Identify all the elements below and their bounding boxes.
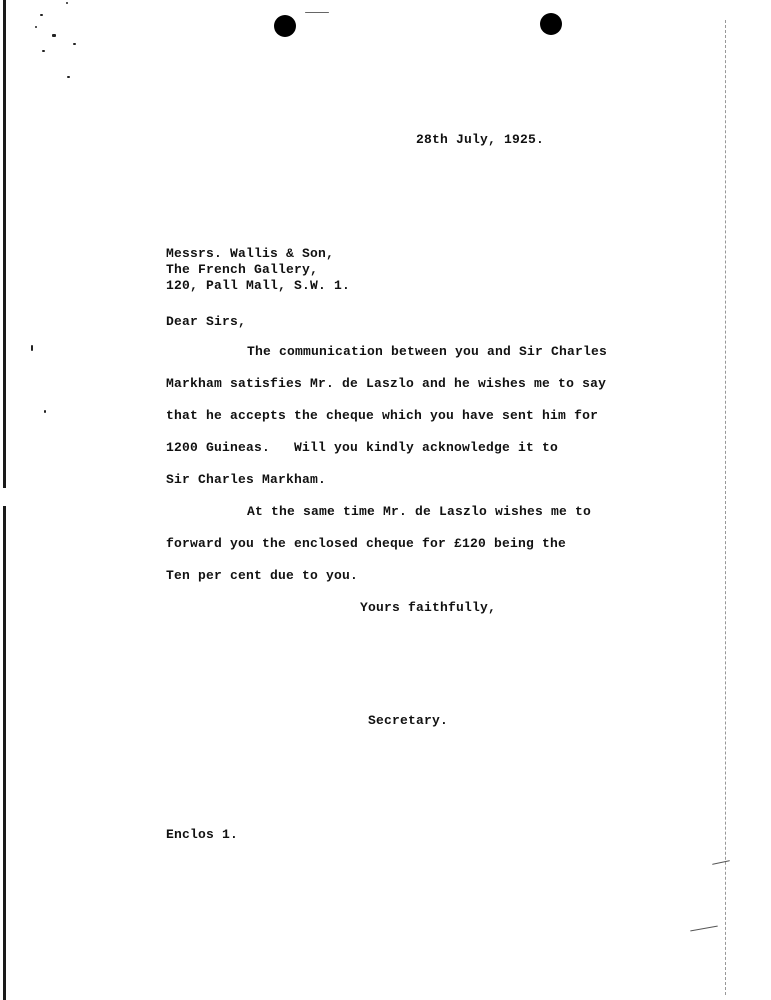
punch-hole-icon <box>274 15 296 37</box>
body-line: At the same time Mr. de Laszlo wishes me… <box>247 505 591 518</box>
body-line: Ten per cent due to you. <box>166 569 358 582</box>
letter-date: 28th July, 1925. <box>416 133 544 146</box>
speck <box>66 2 68 4</box>
enclosure-note: Enclos 1. <box>166 828 238 841</box>
body-line: The communication between you and Sir Ch… <box>247 345 607 358</box>
recipient-name: Messrs. Wallis & Son, <box>166 247 334 260</box>
closing: Yours faithfully, <box>360 601 496 614</box>
body-line: 1200 Guineas. Will you kindly acknowledg… <box>166 441 558 454</box>
speck <box>44 410 46 413</box>
speck <box>712 860 730 865</box>
punch-hole-icon <box>540 13 562 35</box>
letter-page: 28th July, 1925. Messrs. Wallis & Son, T… <box>0 0 771 1000</box>
signature: Secretary. <box>368 714 448 727</box>
body-line: Sir Charles Markham. <box>166 473 326 486</box>
speck <box>42 50 45 52</box>
perforation-line <box>725 20 726 995</box>
speck <box>31 345 33 351</box>
salutation: Dear Sirs, <box>166 315 246 328</box>
recipient-address: 120, Pall Mall, S.W. 1. <box>166 279 350 292</box>
speck <box>40 14 43 16</box>
speck <box>305 12 329 13</box>
speck <box>67 76 70 78</box>
body-line: forward you the enclosed cheque for £120… <box>166 537 566 550</box>
speck <box>35 26 37 28</box>
speck <box>73 43 76 45</box>
body-line: that he accepts the cheque which you hav… <box>166 409 598 422</box>
scan-edge-gap <box>2 488 7 506</box>
speck <box>690 926 718 932</box>
recipient-gallery: The French Gallery, <box>166 263 318 276</box>
speck <box>52 34 56 37</box>
body-line: Markham satisfies Mr. de Laszlo and he w… <box>166 377 606 390</box>
